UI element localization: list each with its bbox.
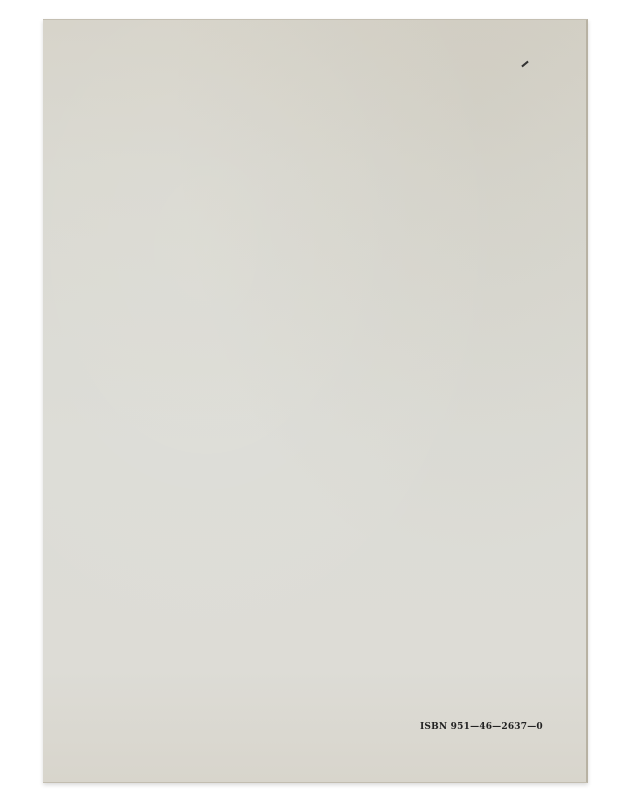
- book-back-cover: ISBN 951—46—2637—0: [43, 19, 588, 783]
- pen-mark: [521, 61, 528, 68]
- isbn-label: ISBN 951—46—2637—0: [420, 722, 543, 732]
